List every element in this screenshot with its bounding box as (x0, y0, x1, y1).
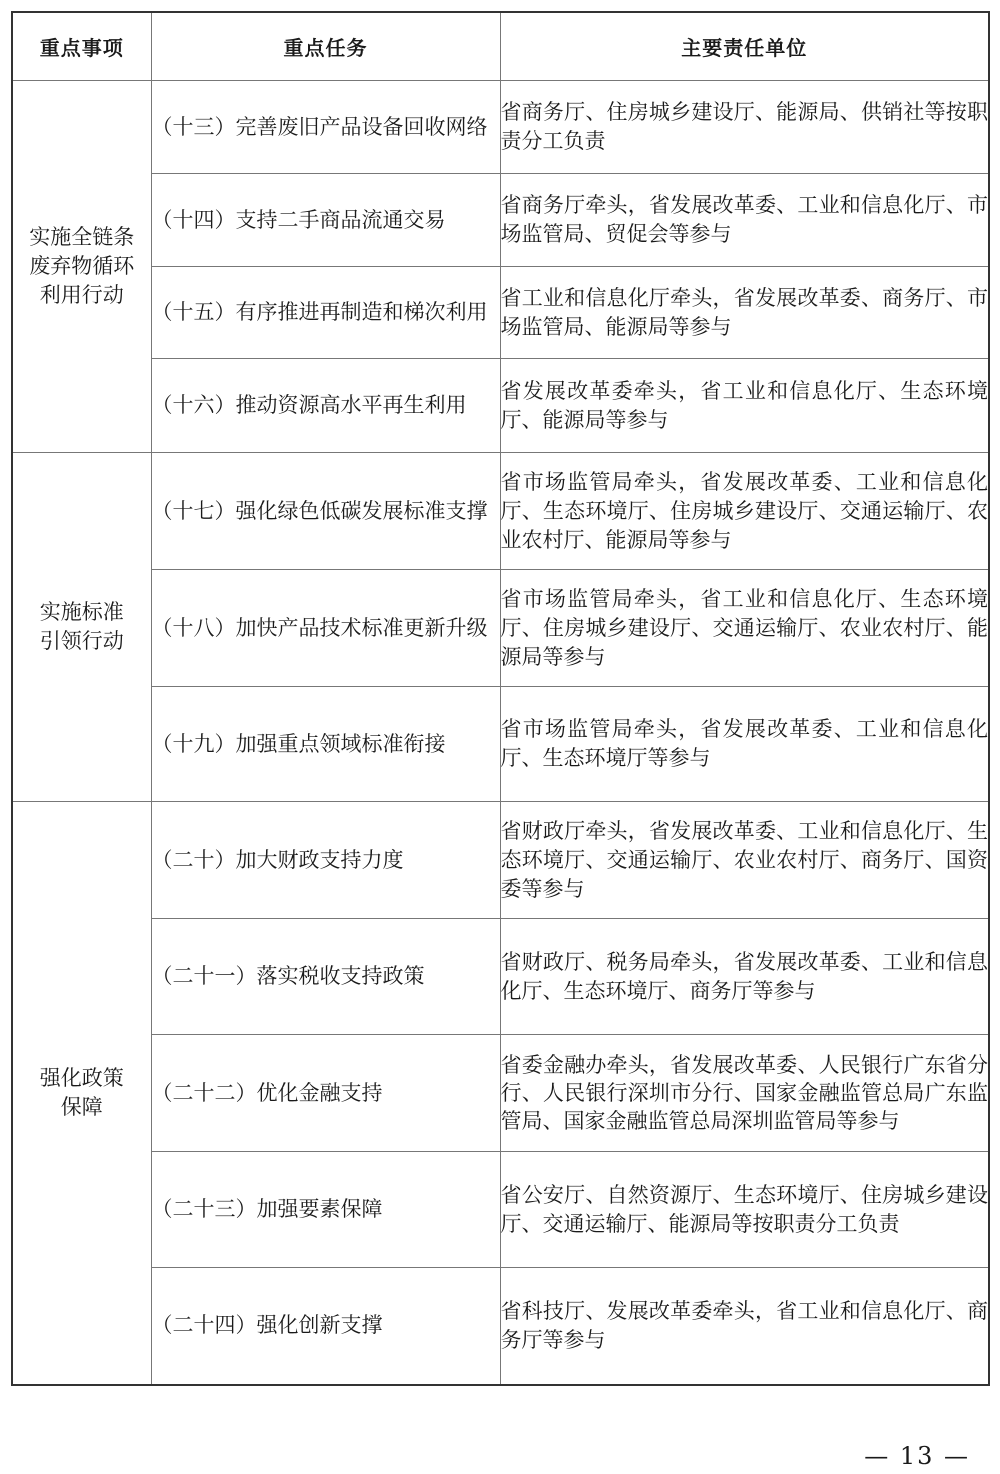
table-row: （二十三）加强要素保障 省公安厅、自然资源厅、生态环境厅、住房城乡建设厅、交通运… (12, 1152, 989, 1268)
units-cell: 省商务厅牵头，省发展改革委、工业和信息化厅、市场监管局、贸促会等参与 (500, 174, 989, 267)
responsibility-table: 重点事项 重点任务 主要责任单位 实施全链条废弃物循环利用行动 （十三）完善废旧… (11, 11, 990, 1386)
task-cell: （二十）加大财政支持力度 (151, 802, 500, 919)
table-row: （二十二）优化金融支持 省委金融办牵头，省发展改革委、人民银行广东省分行、人民银… (12, 1035, 989, 1152)
units-cell: 省商务厅、住房城乡建设厅、能源局、供销社等按职责分工负责 (500, 81, 989, 174)
table-row: （二十一）落实税收支持政策 省财政厅、税务局牵头，省发展改革委、工业和信息化厅、… (12, 919, 989, 1035)
table-row: （十四）支持二手商品流通交易 省商务厅牵头，省发展改革委、工业和信息化厅、市场监… (12, 174, 989, 267)
table-row: （十九）加强重点领域标准衔接 省市场监管局牵头，省发展改革委、工业和信息化厅、生… (12, 687, 989, 802)
header-responsible-units: 主要责任单位 (500, 12, 989, 81)
table-row: 实施标准引领行动 （十七）强化绿色低碳发展标准支撑 省市场监管局牵头，省发展改革… (12, 453, 989, 570)
units-cell: 省科技厅、发展改革委牵头，省工业和信息化厅、商务厅等参与 (500, 1268, 989, 1385)
task-cell: （十七）强化绿色低碳发展标准支撑 (151, 453, 500, 570)
units-cell: 省市场监管局牵头，省发展改革委、工业和信息化厅、生态环境厅等参与 (500, 687, 989, 802)
page-number: — 13 — (864, 1442, 970, 1470)
task-cell: （十八）加快产品技术标准更新升级 (151, 570, 500, 687)
task-cell: （二十四）强化创新支撑 (151, 1268, 500, 1385)
category-cell: 实施全链条废弃物循环利用行动 (12, 81, 151, 453)
table-row: （十六）推动资源高水平再生利用 省发展改革委牵头，省工业和信息化厅、生态环境厅、… (12, 359, 989, 453)
table-row: 实施全链条废弃物循环利用行动 （十三）完善废旧产品设备回收网络 省商务厅、住房城… (12, 81, 989, 174)
task-cell: （二十二）优化金融支持 (151, 1035, 500, 1152)
task-cell: （十六）推动资源高水平再生利用 (151, 359, 500, 453)
units-cell: 省工业和信息化厅牵头，省发展改革委、商务厅、市场监管局、能源局等参与 (500, 267, 989, 359)
header-key-tasks: 重点任务 (151, 12, 500, 81)
units-cell: 省财政厅、税务局牵头，省发展改革委、工业和信息化厅、生态环境厅、商务厅等参与 (500, 919, 989, 1035)
task-cell: （二十三）加强要素保障 (151, 1152, 500, 1268)
task-cell: （十四）支持二手商品流通交易 (151, 174, 500, 267)
task-cell: （二十一）落实税收支持政策 (151, 919, 500, 1035)
task-cell: （十三）完善废旧产品设备回收网络 (151, 81, 500, 174)
table-row: （十八）加快产品技术标准更新升级 省市场监管局牵头，省工业和信息化厅、生态环境厅… (12, 570, 989, 687)
task-cell: （十九）加强重点领域标准衔接 (151, 687, 500, 802)
units-cell: 省财政厅牵头，省发展改革委、工业和信息化厅、生态环境厅、交通运输厅、农业农村厅、… (500, 802, 989, 919)
header-key-items: 重点事项 (12, 12, 151, 81)
units-cell: 省市场监管局牵头，省工业和信息化厅、生态环境厅、住房城乡建设厅、交通运输厅、农业… (500, 570, 989, 687)
units-cell: 省委金融办牵头，省发展改革委、人民银行广东省分行、人民银行深圳市分行、国家金融监… (500, 1035, 989, 1152)
task-cell: （十五）有序推进再制造和梯次利用 (151, 267, 500, 359)
units-cell: 省公安厅、自然资源厅、生态环境厅、住房城乡建设厅、交通运输厅、能源局等按职责分工… (500, 1152, 989, 1268)
header-row: 重点事项 重点任务 主要责任单位 (12, 12, 989, 81)
table-row: 强化政策保障 （二十）加大财政支持力度 省财政厅牵头，省发展改革委、工业和信息化… (12, 802, 989, 919)
category-cell: 实施标准引领行动 (12, 453, 151, 802)
table-row: （二十四）强化创新支撑 省科技厅、发展改革委牵头，省工业和信息化厅、商务厅等参与 (12, 1268, 989, 1385)
units-cell: 省发展改革委牵头，省工业和信息化厅、生态环境厅、能源局等参与 (500, 359, 989, 453)
category-cell: 强化政策保障 (12, 802, 151, 1385)
table-row: （十五）有序推进再制造和梯次利用 省工业和信息化厅牵头，省发展改革委、商务厅、市… (12, 267, 989, 359)
units-cell: 省市场监管局牵头，省发展改革委、工业和信息化厅、生态环境厅、住房城乡建设厅、交通… (500, 453, 989, 570)
